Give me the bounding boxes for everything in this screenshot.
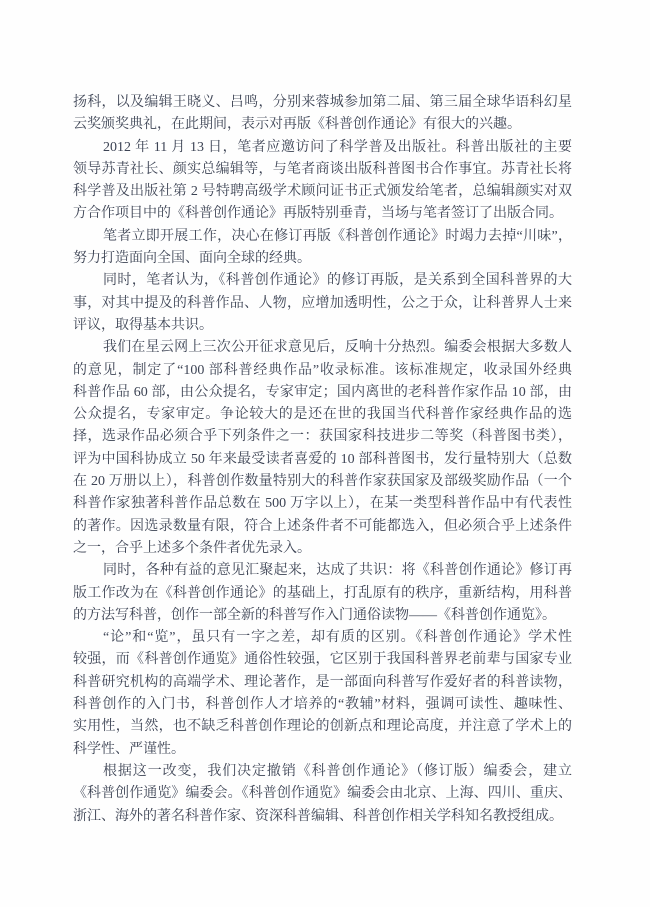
text-line: 科普作家独著科普作品总数在 500 万字以上），在某一类型科普作品中有代表性	[73, 493, 572, 515]
text-line: 实用性，当然，也不缺乏科普创作理论的创新点和理论高度，并注意了学术上的	[73, 716, 572, 738]
text-line: 评议，取得基本共识。	[73, 315, 572, 337]
text-line: 2012 年 11 月 13 日，笔者应邀访问了科学普及出版社。科普出版社的主要	[73, 137, 572, 159]
text-line: 根据这一改变，我们决定撤销《科普创作通论》（修订版）编委会，建立	[73, 761, 572, 783]
text-line: 择，选录作品必须合乎下列条件之一：获国家科技进步二等奖（科普图书类），	[73, 426, 572, 448]
text-line: 《科普创作通览》编委会。《科普创作通览》编委会由北京、上海、四川、重庆、	[73, 783, 572, 805]
text-line: 科学普及出版社第 2 号特聘高级学术顾问证书正式颁发给笔者，总编辑颜实对双	[73, 181, 572, 203]
text-line: 科学性、严谨性。	[73, 739, 572, 761]
text-line: 的著作。因选录数量有限，符合上述条件者不可能都选入，但必须合乎上述条件	[73, 516, 572, 538]
text-line: 科普作品 60 部，由公众提名，专家审定；国内离世的老科普作家作品 10 部，由	[73, 382, 572, 404]
text-line: 较强，而《科普创作通览》通俗性较强，它区别于我国科普界老前辈与国家专业	[73, 649, 572, 671]
body-text-column: 扬科，以及编辑王晓义、吕鸣，分别来蓉城参加第二届、第三届全球华语科幻星 云奖颁奖…	[73, 92, 572, 828]
text-line: 笔者立即开展工作，决心在修订再版《科普创作通论》时竭力去掉“川味”，	[73, 226, 572, 248]
text-line: 同时，各种有益的意见汇聚起来，达成了共识：将《科普创作通论》修订再	[73, 560, 572, 582]
text-line: 在 20 万册以上），科普创作数量特别大的科普作家获国家及部级奖励作品（一个	[73, 471, 572, 493]
text-line: 方合作项目中的《科普创作通论》再版特别垂青，当场与笔者签订了出版合同。	[73, 203, 572, 225]
text-line: 的方法写科普，创作一部全新的科普写作入门通俗读物——《科普创作通览》。	[73, 605, 572, 627]
text-line: 版工作改为在《科普创作通论》的基础上，打乱原有的秩序，重新结构，用科普	[73, 583, 572, 605]
document-page: 扬科，以及编辑王晓义、吕鸣，分别来蓉城参加第二届、第三届全球华语科幻星 云奖颁奖…	[0, 0, 650, 907]
text-line: 云奖颁奖典礼，在此期间，表示对再版《科普创作通论》有很大的兴趣。	[73, 114, 572, 136]
text-line: 科普研究机构的高端学术、理论著作，是一部面向科普写作爱好者的科普读物，	[73, 672, 572, 694]
text-line: 我们在星云网上三次公开征求意见后，反响十分热烈。编委会根据大多数人	[73, 337, 572, 359]
text-line: 同时，笔者认为，《科普创作通论》的修订再版，是关系到全国科普界的大	[73, 270, 572, 292]
text-line: 努力打造面向全国、面向全球的经典。	[73, 248, 572, 270]
text-line: 评为中国科协成立 50 年来最受读者喜爱的 10 部科普图书，发行量特别大（总数	[73, 449, 572, 471]
text-line: 科普创作的入门书，科普创作人才培养的“教辅”材料，强调可读性、趣味性、	[73, 694, 572, 716]
text-line: “论”和“览”，虽只有一字之差，却有质的区别。《科普创作通论》学术性	[73, 627, 572, 649]
text-line: 扬科，以及编辑王晓义、吕鸣，分别来蓉城参加第二届、第三届全球华语科幻星	[73, 92, 572, 114]
text-line: 领导苏青社长、颜实总编辑等，与笔者商谈出版科普图书合作事宜。苏青社长将	[73, 159, 572, 181]
text-line: 事，对其中提及的科普作品、人物，应增加透明性，公之于众，让科普界人士来	[73, 293, 572, 315]
text-line: 之一，合乎上述多个条件者优先录入。	[73, 538, 572, 560]
text-line: 浙江、海外的著名科普作家、资深科普编辑、科普创作相关学科知名教授组成。	[73, 806, 572, 828]
text-line: 的意见，制定了“100 部科普经典作品”收录标准。该标准规定，收录国外经典	[73, 360, 572, 382]
text-line: 公众提名，专家审定。争论较大的是还在世的我国当代科普作家经典作品的选	[73, 404, 572, 426]
